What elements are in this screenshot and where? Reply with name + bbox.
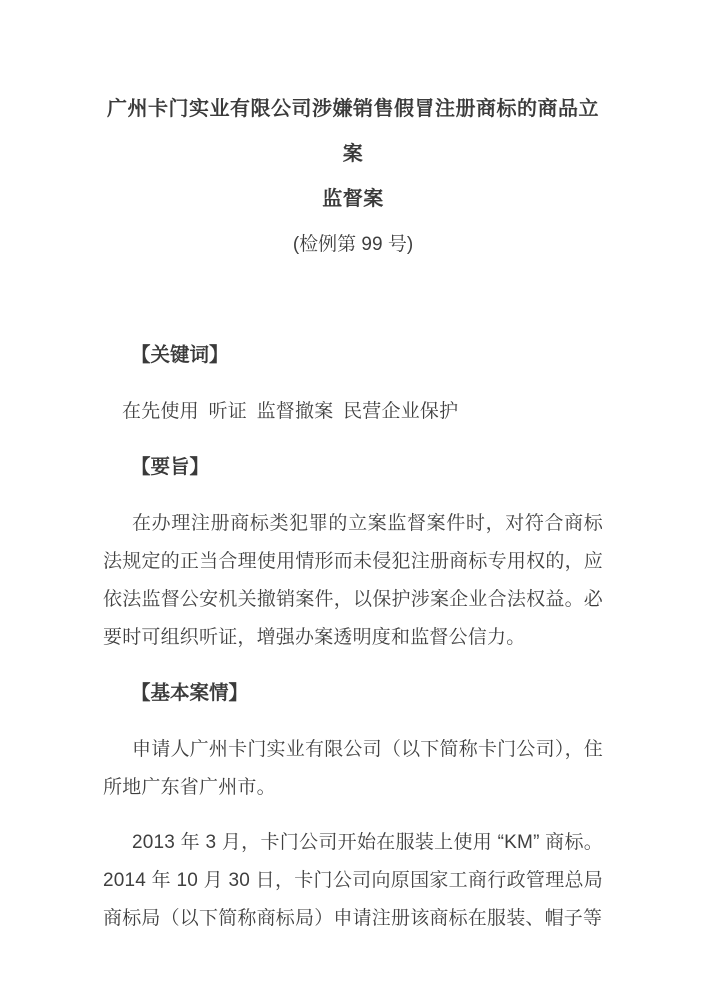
section-heading-basic-facts: 【基本案情】 [103, 674, 603, 712]
document-page: 广州卡门实业有限公司涉嫌销售假冒注册商标的商品立案监督案 (检例第 99 号) … [0, 0, 707, 999]
document-title-line-2: 监督案 [322, 188, 384, 210]
gist-paragraph: 在办理注册商标类犯罪的立案监督案件时，对符合商标法规定的正当合理使用情形而未侵犯… [103, 505, 603, 657]
basic-facts-paragraph-2: 2013 年 3 月，卡门公司开始在服装上使用 “KM” 商标。2014 年 1… [103, 824, 603, 938]
document-title: 广州卡门实业有限公司涉嫌销售假冒注册商标的商品立案监督案 [103, 87, 603, 222]
section-heading-gist: 【要旨】 [103, 448, 603, 486]
document-body: 【关键词】 在先使用 听证 监督撤案 民营企业保护 【要旨】 在办理注册商标类犯… [103, 336, 603, 938]
section-heading-keywords: 【关键词】 [103, 336, 603, 374]
basic-facts-paragraph-1: 申请人广州卡门实业有限公司（以下简称卡门公司），住所地广东省广州市。 [103, 731, 603, 807]
case-number: (检例第 99 号) [103, 230, 603, 260]
keywords-text: 在先使用 听证 监督撤案 民营企业保护 [103, 393, 603, 431]
document-title-line-1: 广州卡门实业有限公司涉嫌销售假冒注册商标的商品立案 [107, 98, 599, 165]
